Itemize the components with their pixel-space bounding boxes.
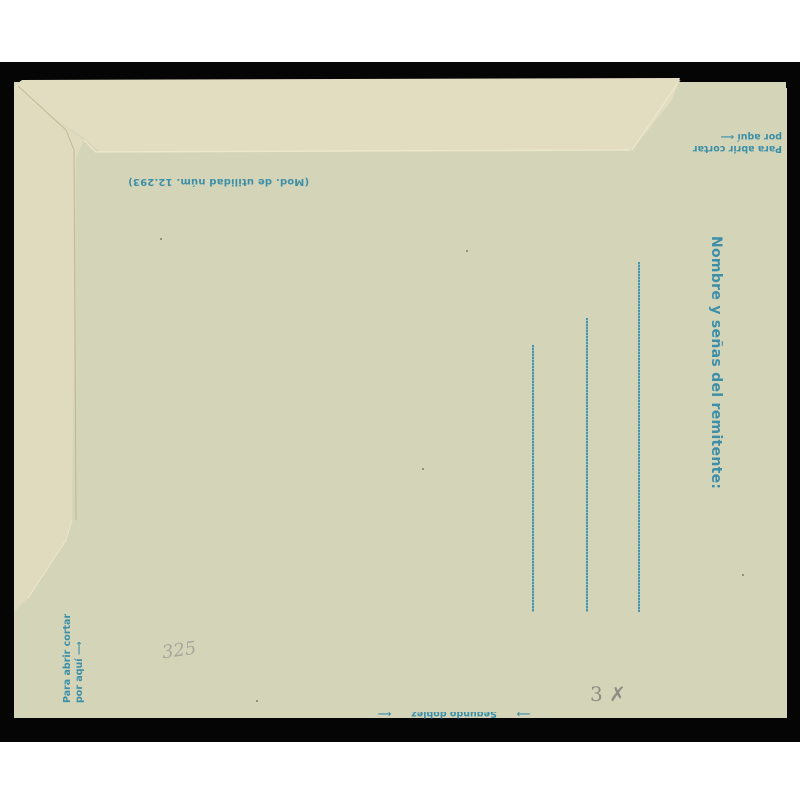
cut-instruction-top: Para abrir cortar por aquí ⟵	[652, 130, 782, 154]
cut-instruction-left-line2: por aquí ⟶	[74, 588, 86, 703]
fold-label-text: Segundo doblez	[411, 712, 497, 719]
cut-instruction-top-line2-text: por aquí	[737, 131, 782, 142]
address-line-1	[532, 345, 534, 612]
paper-speck	[256, 700, 258, 702]
handwritten-note-2: 3 ✗	[590, 682, 626, 706]
cut-instruction-left: Para abrir cortar por aquí ⟶	[62, 588, 86, 703]
address-line-2	[586, 318, 588, 612]
address-line-3	[638, 262, 640, 612]
cut-instruction-top-line1: Para abrir cortar	[652, 142, 782, 154]
paper-speck	[466, 250, 468, 252]
cut-instruction-top-line2: por aquí ⟵	[652, 130, 782, 142]
cut-instruction-left-line2-text: por aquí	[74, 658, 85, 703]
arrow-left-icon: ⟶	[517, 712, 531, 719]
cut-instruction-left-line1: Para abrir cortar	[62, 588, 74, 703]
model-reference-text: (Mod. de utilidad núm. 12.293)	[128, 176, 309, 187]
paper-speck	[422, 468, 424, 470]
fold-label: ⟶ Segundo doblez ⟵	[334, 712, 574, 722]
arrow-up-icon: ⟶	[74, 642, 86, 656]
paper-speck	[160, 238, 162, 240]
paper-speck	[742, 574, 744, 576]
arrow-right-icon: ⟵	[378, 712, 392, 719]
arrow-right-icon: ⟵	[721, 130, 735, 142]
sender-label: Nombre y señas del remitente:	[708, 236, 724, 489]
